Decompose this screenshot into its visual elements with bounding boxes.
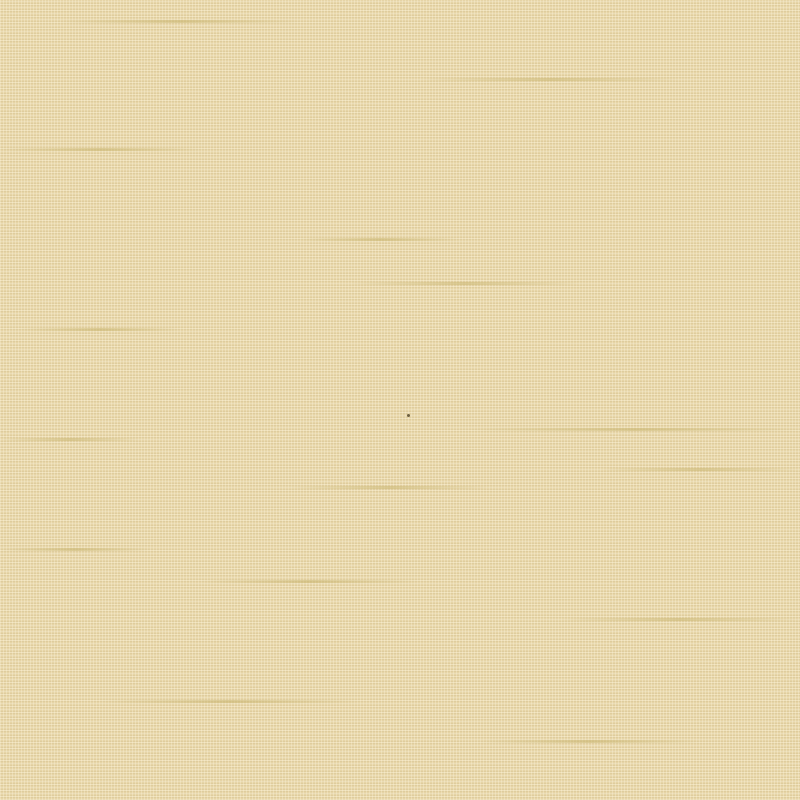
fabric-slub <box>300 238 460 241</box>
fabric-speck <box>407 414 410 417</box>
fabric-slub <box>600 468 800 471</box>
fabric-slub <box>0 548 150 551</box>
fabric-slub <box>470 428 800 431</box>
fabric-slub <box>350 282 580 285</box>
fabric-slub <box>100 700 360 703</box>
fabric-slub <box>480 740 700 743</box>
fabric-slub <box>0 148 200 151</box>
fabric-slub <box>560 618 800 621</box>
fabric-slub <box>20 328 180 331</box>
silk-fabric-texture <box>0 0 800 800</box>
fabric-slub <box>0 438 140 441</box>
fabric-slub <box>420 78 680 81</box>
fabric-slub <box>60 20 300 23</box>
fabric-slub <box>200 580 420 583</box>
fabric-slub <box>290 486 490 489</box>
